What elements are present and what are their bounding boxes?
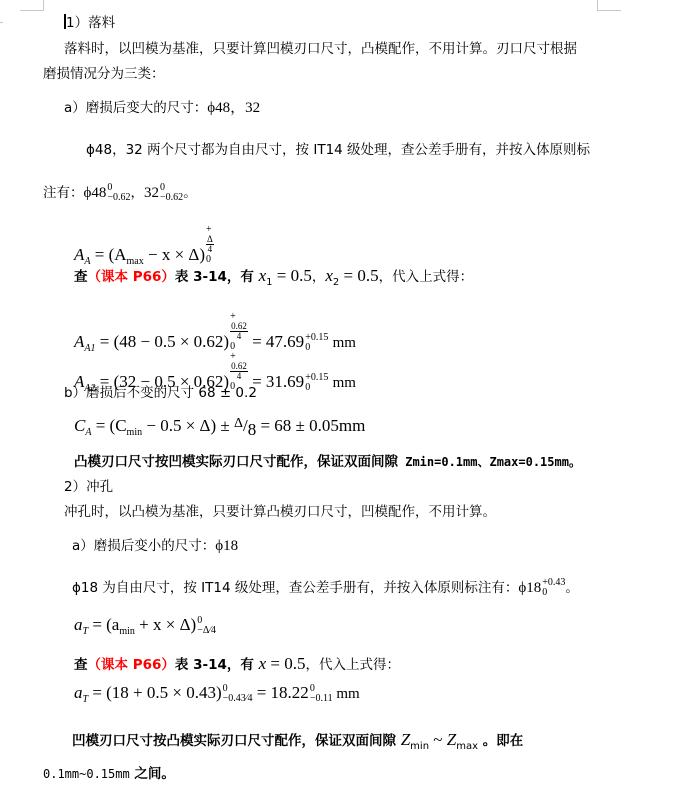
ruler-tick (0, 22, 3, 23)
section-2-heading: 2）冲孔 (64, 478, 113, 496)
section-1-para-line-1: 落料时，以凹模为基准，只要计算凹模刃口尺寸，凸模配作，不用计算。刃口尺寸根据 (64, 40, 577, 58)
punch-fit-note: 凸模刃口尺寸按凹模实际刃口尺寸配作，保证双面间隙 Zmin=0.1mm、Zmax… (74, 453, 581, 471)
item-b-unchanged: b）磨损后不变的尺寸 68 ± 0.2 (64, 384, 257, 402)
formula-die-enlarging: AA = (Amax − x × Δ)+Δ40 (74, 225, 214, 271)
item-a-shrinking: a）磨损后变小的尺寸：ϕ18 (72, 537, 238, 555)
textbook-reference: （课本 P66） (88, 657, 175, 673)
section-1-para-line-2: 磨损情况分为三类： (43, 65, 165, 83)
textbook-reference: （课本 P66） (88, 269, 175, 285)
tolerance-note-line: 注有：ϕ480−0.62，320−0.62。 (43, 183, 197, 203)
section-2-para: 冲孔时，以凸模为基准，只要计算凸模刃口尺寸，凹模配作，不用计算。 (64, 503, 496, 521)
lookup-table-line-1: 查（课本 P66）表 3-14，有 x1 = 0.5，x2 = 0.5，代入上式… (74, 267, 473, 292)
lookup-table-line-2: 查（课本 P66）表 3-14，有 x = 0.5，代入上式得： (74, 655, 400, 674)
die-fit-note-line-2: 0.1mm~0.15mm 之间。 (43, 765, 175, 783)
die-fit-note-line-1: 凹模刃口尺寸按凸模实际刃口尺寸配作，保证双面间隙 Zmin ~ Zmax 。即在 (72, 731, 523, 756)
item-a-enlarging: a）磨损后变大的尺寸：ϕ48，32 (64, 99, 260, 117)
free-dimension-para-line-1: ϕ48，32 两个尺寸都为自由尺寸，按 IT14 级处理，查公差手册有，并按入体… (86, 141, 590, 159)
formula-punch-shrinking: aT = (amin + x × Δ)0−Δ⁄4 (74, 616, 216, 641)
free-dimension-note-2: ϕ18 为自由尺寸，按 IT14 级处理，查公差手册有，并按入体原则标注有：ϕ1… (72, 578, 579, 598)
section-1-heading: 1）落料 (64, 14, 115, 32)
page-corner-mark-right (597, 0, 621, 11)
formula-c: CA = (Cmin − 0.5 × Δ) ± Δ/8 = 68 ± 0.05m… (74, 415, 365, 442)
page-corner-mark-left (20, 0, 44, 11)
formula-t: aT = (18 + 0.5 × 0.43)0−0.43⁄4 = 18.220−… (74, 684, 360, 709)
